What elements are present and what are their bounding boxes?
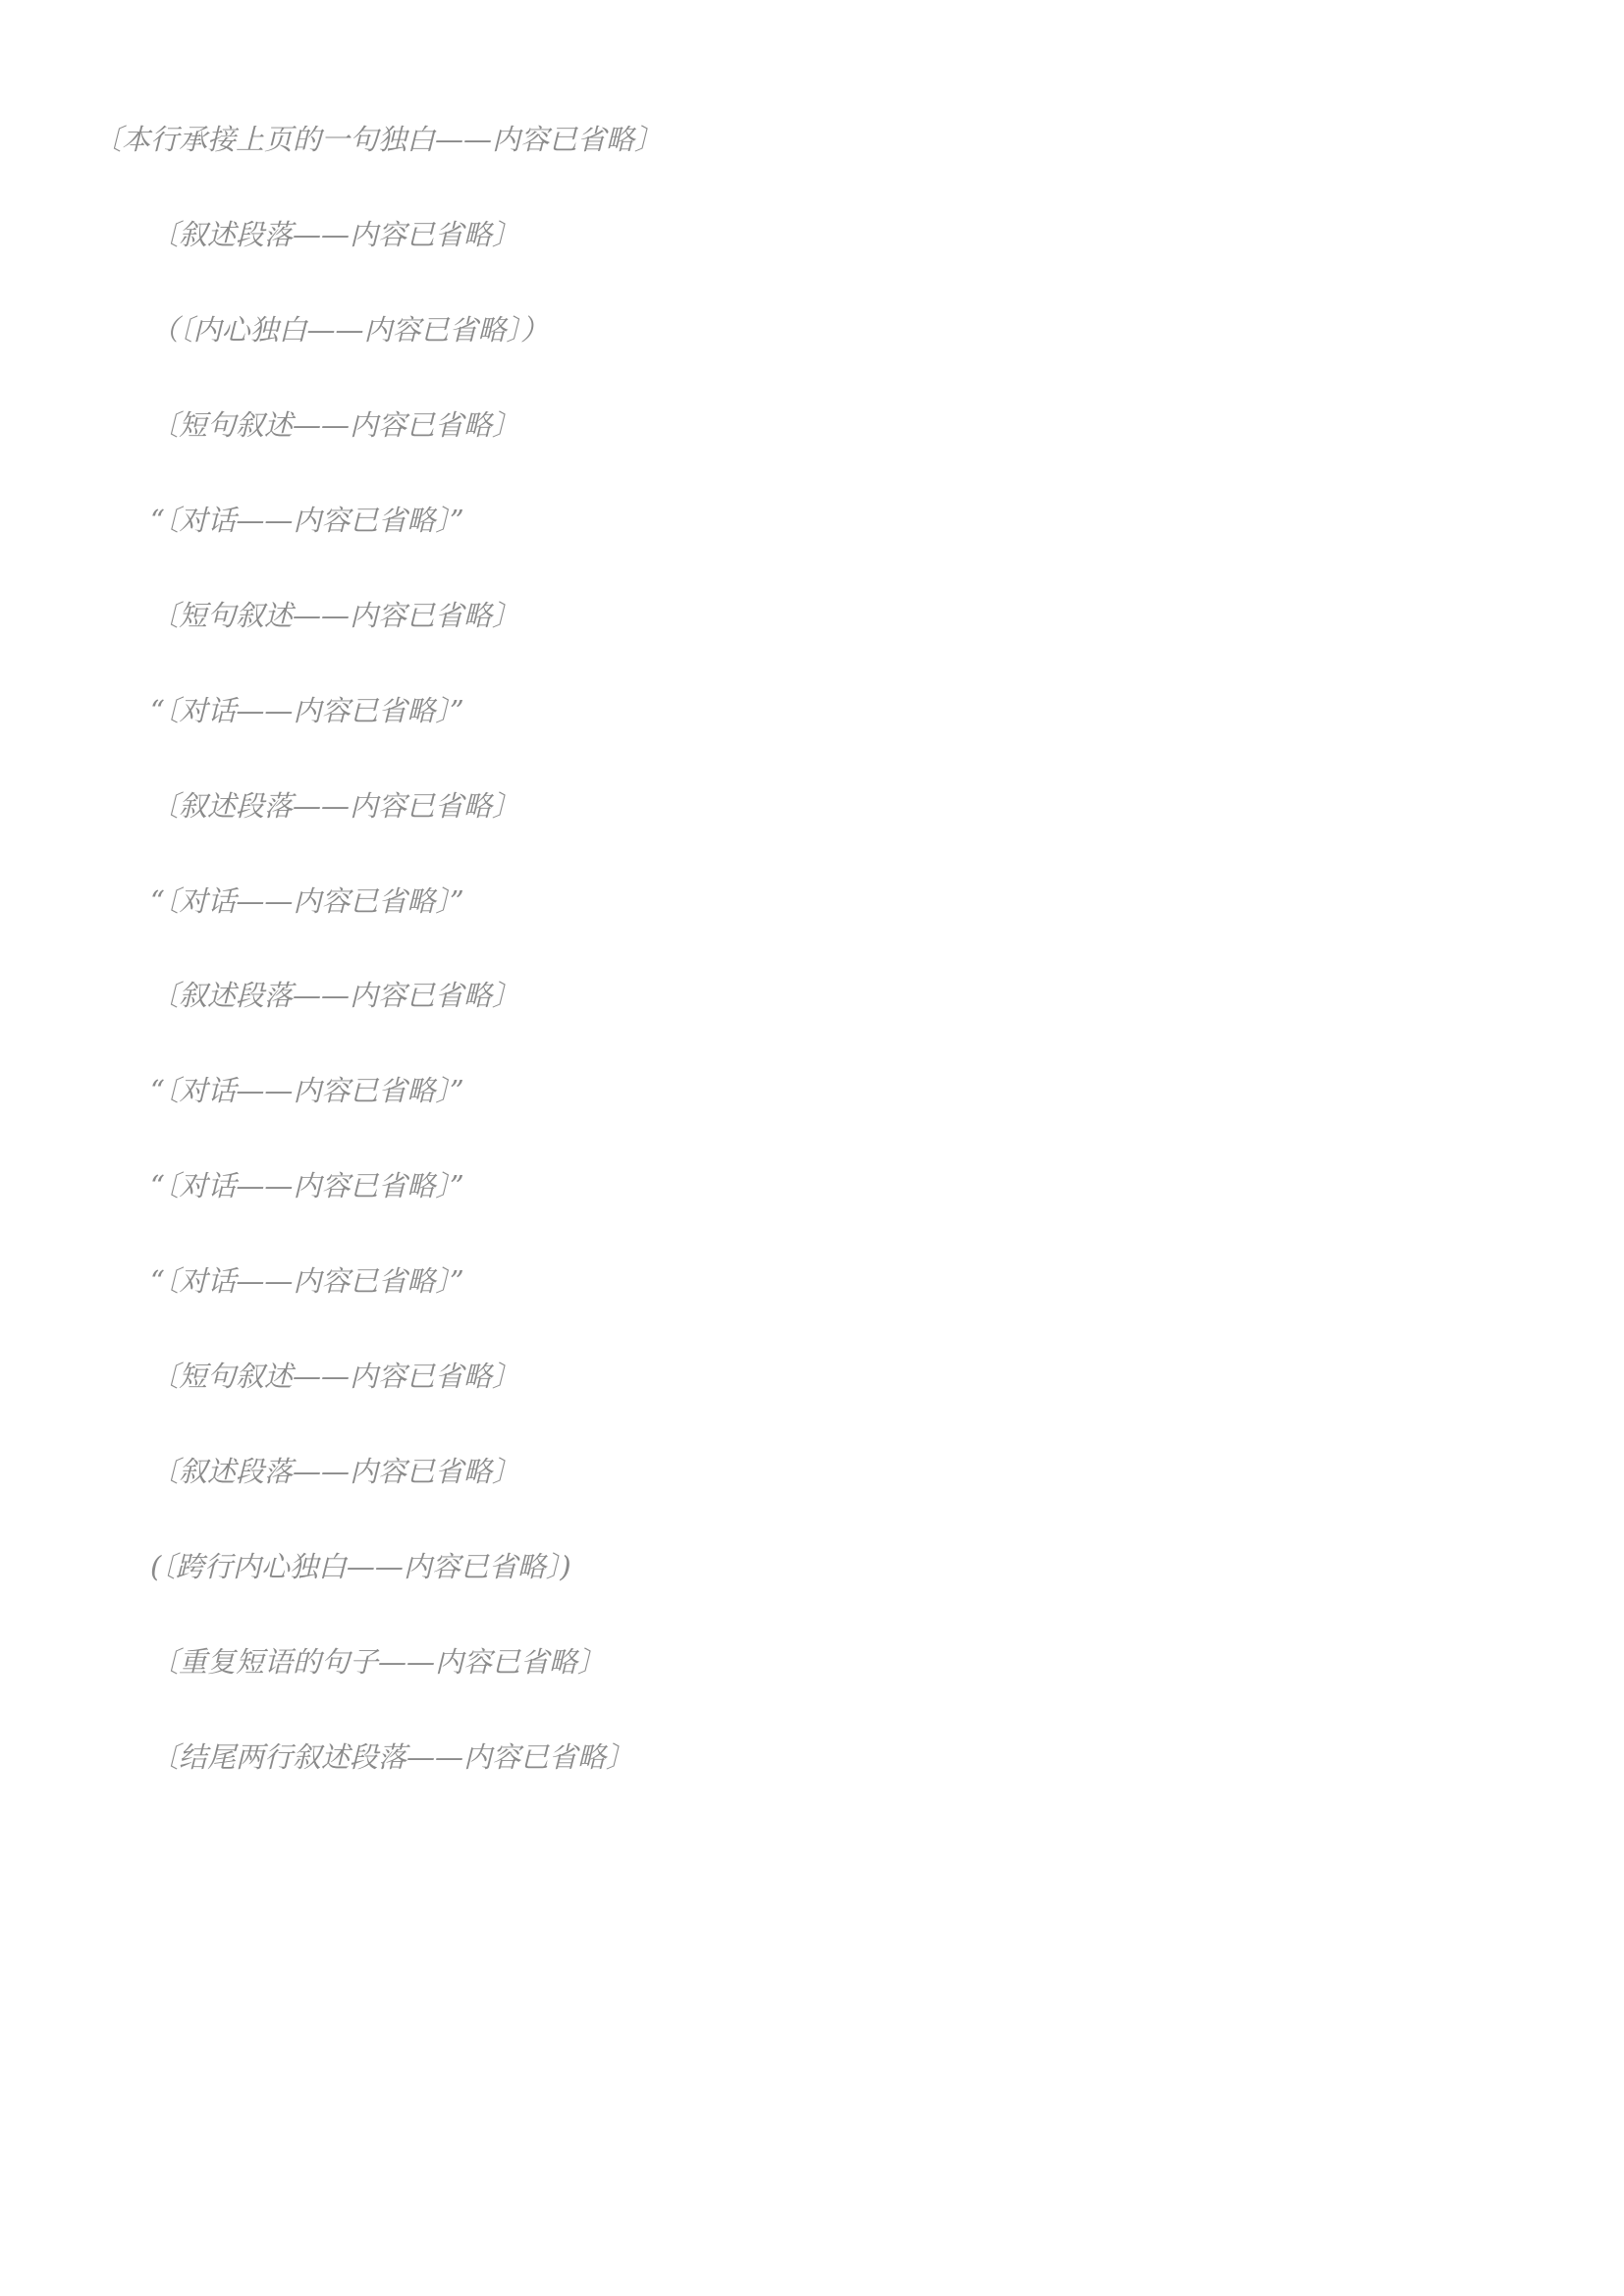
paragraph-1: 〔本行承接上页的一句独白——内容已省略〕: [93, 118, 1531, 162]
paragraph-11: “〔对话——内容已省略〕”: [93, 1069, 1531, 1113]
paragraph-8: 〔叙述段落——内容已省略〕: [93, 784, 1531, 828]
paragraph-container: 〔本行承接上页的一句独白——内容已省略〕〔叙述段落——内容已省略〕（〔内心独白—…: [93, 118, 1531, 1780]
paragraph-6: 〔短句叙述——内容已省略〕: [93, 594, 1531, 638]
paragraph-4: 〔短句叙述——内容已省略〕: [93, 403, 1531, 448]
document-page: 〔本行承接上页的一句独白——内容已省略〕〔叙述段落——内容已省略〕（〔内心独白—…: [0, 0, 1624, 2296]
paragraph-18: 〔结尾两行叙述段落——内容已省略〕: [93, 1735, 1531, 1780]
paragraph-13: “〔对话——内容已省略〕”: [93, 1259, 1531, 1304]
paragraph-7: “〔对话——内容已省略〕”: [93, 689, 1531, 733]
paragraph-2: 〔叙述段落——内容已省略〕: [93, 213, 1531, 257]
paragraph-15: 〔叙述段落——内容已省略〕: [93, 1450, 1531, 1494]
paragraph-17: 〔重复短语的句子——内容已省略〕: [93, 1640, 1531, 1684]
paragraph-14: 〔短句叙述——内容已省略〕: [93, 1355, 1531, 1399]
paragraph-16: (〔跨行内心独白——内容已省略〕): [93, 1545, 1531, 1589]
paragraph-5: “〔对话——内容已省略〕”: [93, 499, 1531, 543]
paragraph-9: “〔对话——内容已省略〕”: [93, 880, 1531, 924]
paragraph-12: “〔对话——内容已省略〕”: [93, 1164, 1531, 1208]
paragraph-3: （〔内心独白——内容已省略〕）: [93, 308, 1531, 352]
paragraph-10: 〔叙述段落——内容已省略〕: [93, 974, 1531, 1018]
